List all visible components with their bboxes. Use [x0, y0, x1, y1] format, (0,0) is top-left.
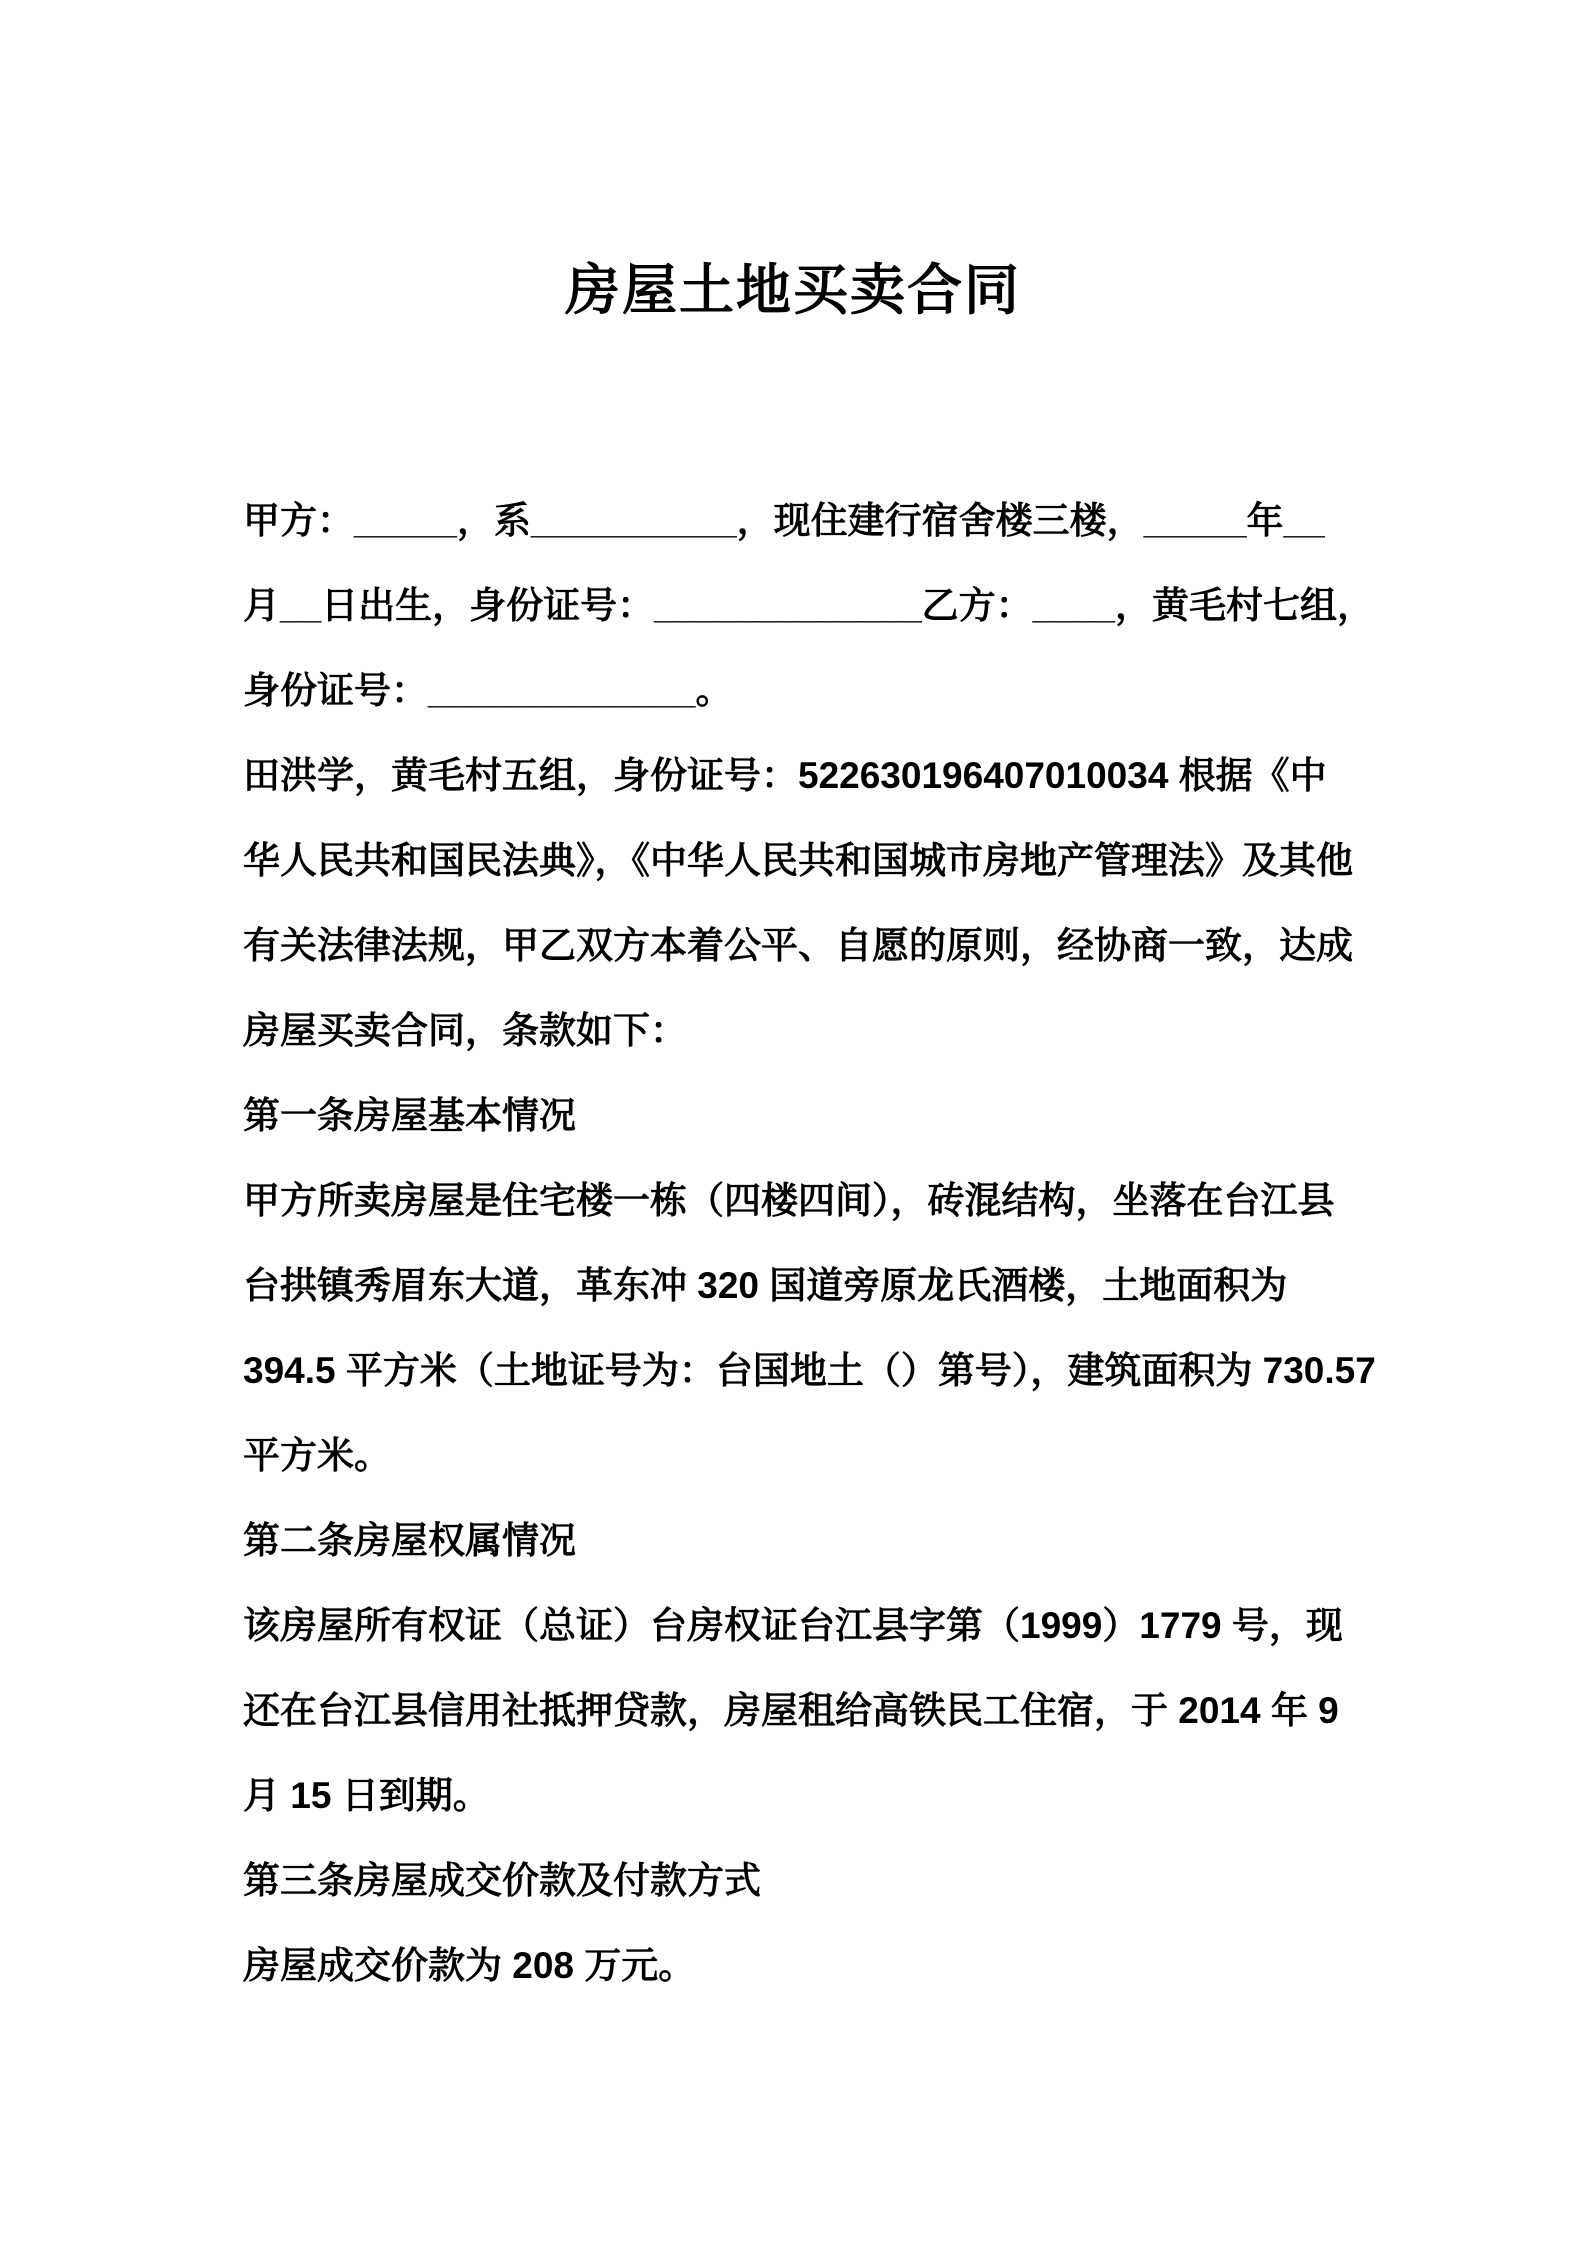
contract-line-tian-hongxue: 田洪学，黄毛村五组，身份证号：522630196407010034 根据《中	[243, 733, 1353, 818]
contract-line-area-unit: 平方米。	[243, 1413, 1353, 1498]
contract-heading-article-2: 第二条房屋权属情况	[243, 1498, 1353, 1583]
contract-line-address: 台拱镇秀眉东大道，革东冲 320 国道旁原龙氏酒楼，土地面积为	[243, 1243, 1353, 1328]
contract-line-ownership-cert: 该房屋所有权证（总证）台房权证台江县字第（1999）1779 号，现	[243, 1583, 1353, 1668]
contract-heading-article-3: 第三条房屋成交价款及付款方式	[243, 1838, 1353, 1923]
contract-body: 甲方：_____，系__________，现住建行宿舍楼三楼，_____年__ …	[243, 478, 1353, 2008]
contract-line-terms-intro: 房屋买卖合同，条款如下：	[243, 988, 1353, 1073]
contract-line-law-reference: 华人民共和国民法典》，《中华人民共和国城市房地产管理法》及其他	[243, 818, 1353, 903]
contract-page: 房屋土地买卖合同 甲方：_____，系__________，现住建行宿舍楼三楼，…	[0, 0, 1586, 2244]
contract-line-birth-id: 月__日出生，身份证号：_____________乙方：____，黄毛村七组，	[243, 563, 1353, 648]
contract-line-party-a: 甲方：_____，系__________，现住建行宿舍楼三楼，_____年__	[243, 478, 1353, 563]
contract-line-principles: 有关法律法规，甲乙双方本着公平、自愿的原则，经协商一致，达成	[243, 903, 1353, 988]
document-title: 房屋土地买卖合同	[0, 248, 1586, 333]
contract-line-house-description: 甲方所卖房屋是住宅楼一栋（四楼四间），砖混结构，坐落在台江县	[243, 1158, 1353, 1243]
contract-heading-article-1: 第一条房屋基本情况	[243, 1073, 1353, 1158]
contract-line-lease-expiry: 月 15 日到期。	[243, 1753, 1353, 1838]
contract-line-id-blank: 身份证号：_____________。	[243, 648, 1353, 733]
contract-line-land-area: 394.5 平方米（土地证号为：台国地土（）第号），建筑面积为 730.57	[243, 1328, 1353, 1413]
contract-line-mortgage: 还在台江县信用社抵押贷款，房屋租给高铁民工住宿，于 2014 年 9	[243, 1668, 1353, 1753]
contract-line-price: 房屋成交价款为 208 万元。	[243, 1923, 1353, 2008]
